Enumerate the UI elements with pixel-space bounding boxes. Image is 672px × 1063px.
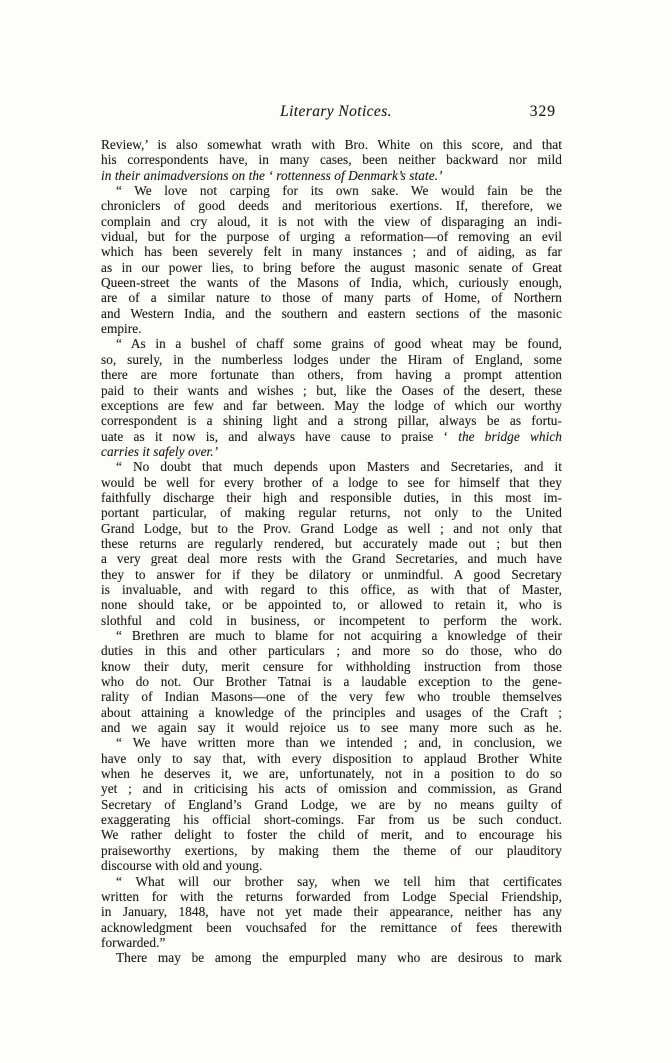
text-line: “ As in a bushel of chaff some grains of… [101, 336, 562, 351]
text-line: exaggerating his official short-comings.… [101, 812, 562, 827]
text-line: who do not. Our Brother Tatnai is a laud… [101, 674, 562, 689]
text-line: correspondent is a shining light and a s… [101, 413, 562, 428]
text-line: Queen-street the wants of the Masons of … [101, 275, 562, 290]
text-line: vidual, but for the purpose of urging a … [101, 229, 562, 244]
paragraph: “ No doubt that much depends upon Master… [101, 459, 562, 628]
text-line: acknowledgment been vouchsafed for the r… [101, 920, 562, 935]
text-line: none should take, or be appointed to, or… [101, 597, 562, 612]
text-line: in January, 1848, have not yet made thei… [101, 904, 562, 919]
book-page: Literary Notices. 329 Review,’ is also s… [0, 0, 672, 1063]
text-line: they to answer for if they be dilatory o… [101, 567, 562, 582]
text-line: Secretary of England’s Grand Lodge, we a… [101, 797, 562, 812]
text-line: portant particular, of making regular re… [101, 505, 562, 520]
text-line: chroniclers of good deeds and meritoriou… [101, 198, 562, 213]
running-head-title: Literary Notices. [0, 103, 672, 120]
text-line: would be well for every brother of a lod… [101, 475, 562, 490]
text-line: a very great deal more rests with the Gr… [101, 551, 562, 566]
text-line: faithfully discharge their high and resp… [101, 490, 562, 505]
text-line: know their duty, merit censure for withh… [101, 659, 562, 674]
text-segment-italic: the bridge which [458, 429, 562, 444]
text-line: complain and cry aloud, it is not with t… [101, 214, 562, 229]
text-line: and we again say it would rejoice us to … [101, 720, 562, 735]
text-line: are of a similar nature to those of many… [101, 290, 562, 305]
paragraph: “ As in a bushel of chaff some grains of… [101, 336, 562, 459]
paragraph: “ We love not carping for its own sake. … [101, 183, 562, 336]
text-line: there are more fortunate than others, fr… [101, 367, 562, 382]
text-line: in their animadversions on the ‘ rottenn… [101, 168, 562, 183]
text-line: “ Brethren are much to blame for not acq… [101, 628, 562, 643]
text-line: Review,’ is also somewhat wrath with Bro… [101, 137, 562, 152]
text-line: “ We love not carping for its own sake. … [101, 183, 562, 198]
text-line: exceptions are few and far between. May … [101, 398, 562, 413]
text-line: discourse with old and young. [101, 858, 562, 873]
text-line: empire. [101, 321, 562, 336]
text-line: duties in this and other particulars ; a… [101, 643, 562, 658]
text-line: carries it safely over.’ [101, 444, 562, 459]
text-line: There may be among the empurpled many wh… [101, 950, 562, 965]
paragraph: “ We have written more than we intended … [101, 735, 562, 873]
text-line: so, surely, in the numberless lodges und… [101, 352, 562, 367]
text-line: have only to say that, with every dispos… [101, 751, 562, 766]
text-line: paid to their wants and wishes ; but, li… [101, 383, 562, 398]
text-line: written for with the returns forwarded f… [101, 889, 562, 904]
text-line: as in our power lies, to bring before th… [101, 260, 562, 275]
text-line: and Western India, and the southern and … [101, 306, 562, 321]
text-line: about attaining a knowledge of the princ… [101, 705, 562, 720]
text-line: which has been severely felt in many ins… [101, 244, 562, 259]
text-line: uate as it now is, and always have cause… [101, 429, 562, 444]
text-line: these returns are regularly rendered, bu… [101, 536, 562, 551]
paragraph: “ Brethren are much to blame for not acq… [101, 628, 562, 735]
text-line: yet ; and in criticising his acts of omi… [101, 781, 562, 796]
text-line: “ We have written more than we intended … [101, 735, 562, 750]
text-line: slothful and cold in business, or incomp… [101, 613, 562, 628]
text-line: “ No doubt that much depends upon Master… [101, 459, 562, 474]
text-line: Grand Lodge, but to the Prov. Grand Lodg… [101, 521, 562, 536]
text-line: his correspondents have, in many cases, … [101, 152, 562, 167]
text-line: rality of Indian Masons—one of the very … [101, 689, 562, 704]
text-line: forwarded.” [101, 935, 562, 950]
page-number: 329 [530, 103, 556, 120]
text-line: is invaluable, and with regard to this o… [101, 582, 562, 597]
paragraph: Review,’ is also somewhat wrath with Bro… [101, 137, 562, 183]
text-line: “ What will our brother say, when we tel… [101, 874, 562, 889]
page-body: Review,’ is also somewhat wrath with Bro… [101, 137, 562, 966]
text-line: when he deserves it, we are, unfortunate… [101, 766, 562, 781]
paragraph: There may be among the empurpled many wh… [101, 950, 562, 965]
text-segment: uate as it now is, and always have cause… [101, 429, 458, 444]
text-line: praiseworthy exertions, by making them t… [101, 843, 562, 858]
text-line: We rather delight to foster the child of… [101, 827, 562, 842]
paragraph: “ What will our brother say, when we tel… [101, 874, 562, 951]
